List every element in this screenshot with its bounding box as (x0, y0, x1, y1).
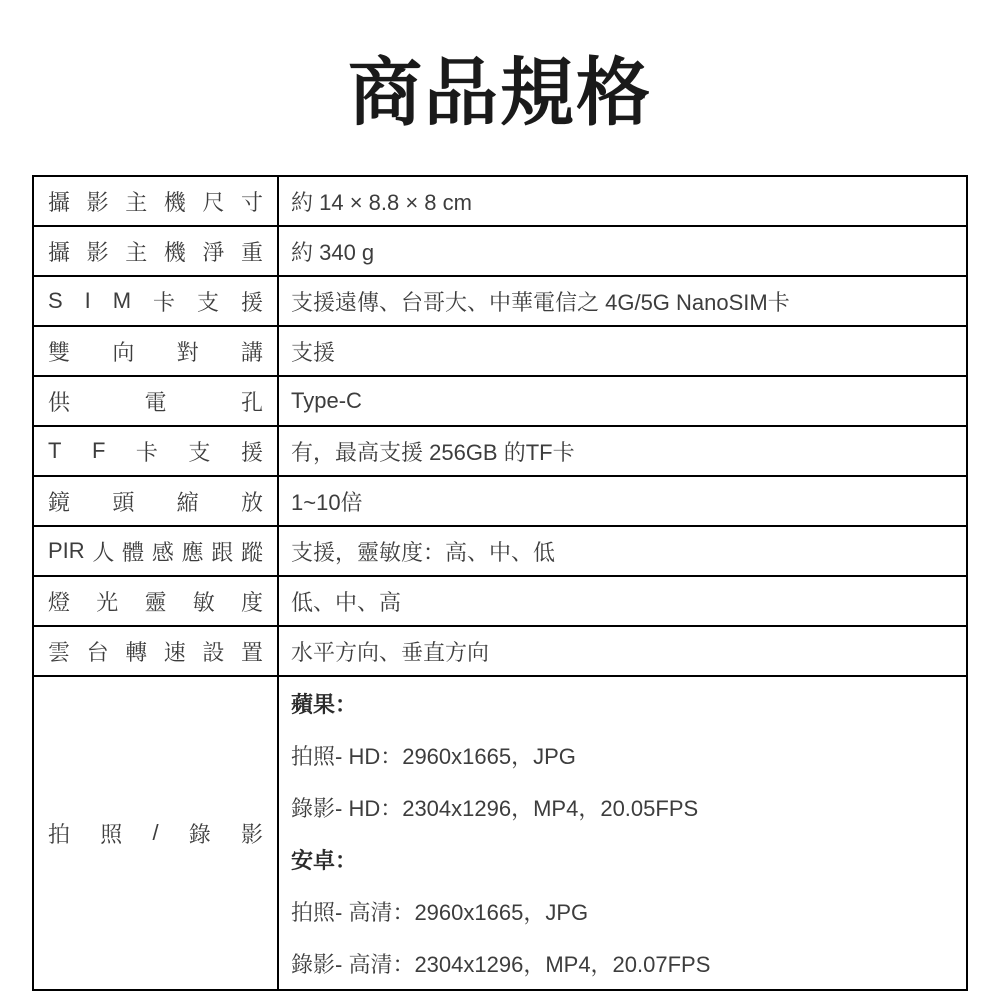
label-token: 卡 (153, 286, 175, 317)
label-token: I (85, 288, 91, 314)
spec-row-pir-motion-tracking: PIR人體感應跟蹤 支援，靈敏度：高、中、低 (33, 526, 967, 576)
spec-value-sim-card-support: 支援遠傳、台哥大、中華電信之 4G/5G NanoSIM卡 (278, 276, 967, 326)
spec-row-camera-unit-weight: 攝影主機淨重 約 340 g (33, 226, 967, 276)
spec-row-camera-unit-size: 攝影主機尺寸 約 14 × 8.8 × 8 cm (33, 176, 967, 226)
label-token: 寸 (241, 186, 263, 217)
spec-row-gimbal-rotation-speed: 雲台轉速設置 水平方向、垂直方向 (33, 626, 967, 676)
spec-value-lens-zoom: 1~10倍 (278, 476, 967, 526)
label-token: PIR (48, 538, 85, 564)
spec-label-pir-motion-tracking: PIR人體感應跟蹤 (33, 526, 278, 576)
spec-row-two-way-talk: 雙向對講 支援 (33, 326, 967, 376)
spec-value-pir-motion-tracking: 支援，靈敏度：高、中、低 (278, 526, 967, 576)
label-token: 拍 (48, 818, 70, 849)
label-token: 援 (241, 436, 263, 467)
spec-value-power-port: Type-C (278, 376, 967, 426)
photo-video-line-apple-header: 蘋果： (279, 677, 966, 729)
label-token: / (152, 820, 158, 846)
label-token: 靈 (144, 586, 166, 617)
spec-label-photo-video: 拍照/錄影 (33, 676, 278, 990)
label-token: M (113, 288, 131, 314)
label-token: 攝 (48, 186, 70, 217)
label-token: 雙 (48, 336, 70, 367)
spec-value-gimbal-rotation-speed: 水平方向、垂直方向 (278, 626, 967, 676)
label-token: 機 (164, 186, 186, 217)
label-token: T (48, 438, 61, 464)
photo-video-line-android-video: 錄影- 高清：2304x1296，MP4，20.07FPS (279, 937, 966, 989)
label-token: 重 (241, 236, 263, 267)
label-token: 錄 (189, 818, 211, 849)
label-token: 應 (182, 536, 204, 567)
label-token: 機 (164, 236, 186, 267)
label-token: F (92, 438, 105, 464)
label-token: 講 (241, 336, 263, 367)
photo-video-line-apple-video: 錄影- HD：2304x1296，MP4，20.05FPS (279, 781, 966, 833)
label-token: 置 (241, 636, 263, 667)
label-token: 度 (241, 586, 263, 617)
label-token: 影 (87, 236, 109, 267)
label-token: 電 (144, 386, 166, 417)
spec-label-power-port: 供電孔 (33, 376, 278, 426)
label-token: 淨 (202, 236, 224, 267)
label-token: 敏 (193, 586, 215, 617)
spec-value-camera-unit-weight: 約 340 g (278, 226, 967, 276)
spec-row-power-port: 供電孔 Type-C (33, 376, 967, 426)
label-token: 孔 (241, 386, 263, 417)
label-token: 支 (188, 436, 210, 467)
spec-value-two-way-talk: 支援 (278, 326, 967, 376)
label-token: 對 (177, 336, 199, 367)
label-token: 尺 (202, 186, 224, 217)
label-token: 頭 (112, 486, 134, 517)
photo-video-line-apple-photo: 拍照- HD：2960x1665，JPG (279, 729, 966, 781)
spec-label-light-sensitivity: 燈光靈敏度 (33, 576, 278, 626)
label-token: 蹤 (241, 536, 263, 567)
photo-video-line-android-photo: 拍照- 高清：2960x1665，JPG (279, 885, 966, 937)
spec-row-lens-zoom: 鏡頭縮放 1~10倍 (33, 476, 967, 526)
label-token: 設 (202, 636, 224, 667)
label-token: 放 (241, 486, 263, 517)
label-token: 攝 (48, 236, 70, 267)
label-token: 跟 (211, 536, 233, 567)
label-token: 照 (100, 818, 122, 849)
label-token: 主 (125, 186, 147, 217)
label-token: 光 (96, 586, 118, 617)
spec-value-light-sensitivity: 低、中、高 (278, 576, 967, 626)
label-token: 鏡 (48, 486, 70, 517)
photo-video-line-android-header: 安卓： (279, 833, 966, 885)
spec-row-photo-video: 拍照/錄影 蘋果： 拍照- HD：2960x1665，JPG 錄影- HD：23… (33, 676, 967, 990)
label-token: 雲 (48, 636, 70, 667)
spec-value-photo-video: 蘋果： 拍照- HD：2960x1665，JPG 錄影- HD：2304x129… (278, 676, 967, 990)
spec-label-two-way-talk: 雙向對講 (33, 326, 278, 376)
label-token: 速 (164, 636, 186, 667)
spec-label-camera-unit-weight: 攝影主機淨重 (33, 226, 278, 276)
page-title: 商品規格 (0, 52, 1000, 133)
spec-label-gimbal-rotation-speed: 雲台轉速設置 (33, 626, 278, 676)
product-spec-table: 攝影主機尺寸 約 14 × 8.8 × 8 cm 攝影主機淨重 約 340 g … (32, 175, 968, 991)
spec-label-lens-zoom: 鏡頭縮放 (33, 476, 278, 526)
label-token: 影 (87, 186, 109, 217)
spec-row-light-sensitivity: 燈光靈敏度 低、中、高 (33, 576, 967, 626)
label-token: 主 (125, 236, 147, 267)
label-token: 供 (48, 386, 70, 417)
label-token: 轉 (125, 636, 147, 667)
label-token: 人 (92, 536, 114, 567)
label-token: 台 (87, 636, 109, 667)
label-token: 卡 (136, 436, 158, 467)
spec-row-tf-card-support: TF卡支援 有，最高支援 256GB 的TF卡 (33, 426, 967, 476)
label-token: 縮 (177, 486, 199, 517)
label-token: 感 (152, 536, 174, 567)
label-token: 體 (122, 536, 144, 567)
spec-label-camera-unit-size: 攝影主機尺寸 (33, 176, 278, 226)
spec-label-sim-card-support: SIM卡支援 (33, 276, 278, 326)
spec-value-tf-card-support: 有，最高支援 256GB 的TF卡 (278, 426, 967, 476)
spec-label-tf-card-support: TF卡支援 (33, 426, 278, 476)
label-token: 影 (241, 818, 263, 849)
label-token: 向 (112, 336, 134, 367)
spec-value-camera-unit-size: 約 14 × 8.8 × 8 cm (278, 176, 967, 226)
label-token: 支 (197, 286, 219, 317)
label-token: 援 (241, 286, 263, 317)
label-token: S (48, 288, 63, 314)
spec-row-sim-card-support: SIM卡支援 支援遠傳、台哥大、中華電信之 4G/5G NanoSIM卡 (33, 276, 967, 326)
label-token: 燈 (48, 586, 70, 617)
